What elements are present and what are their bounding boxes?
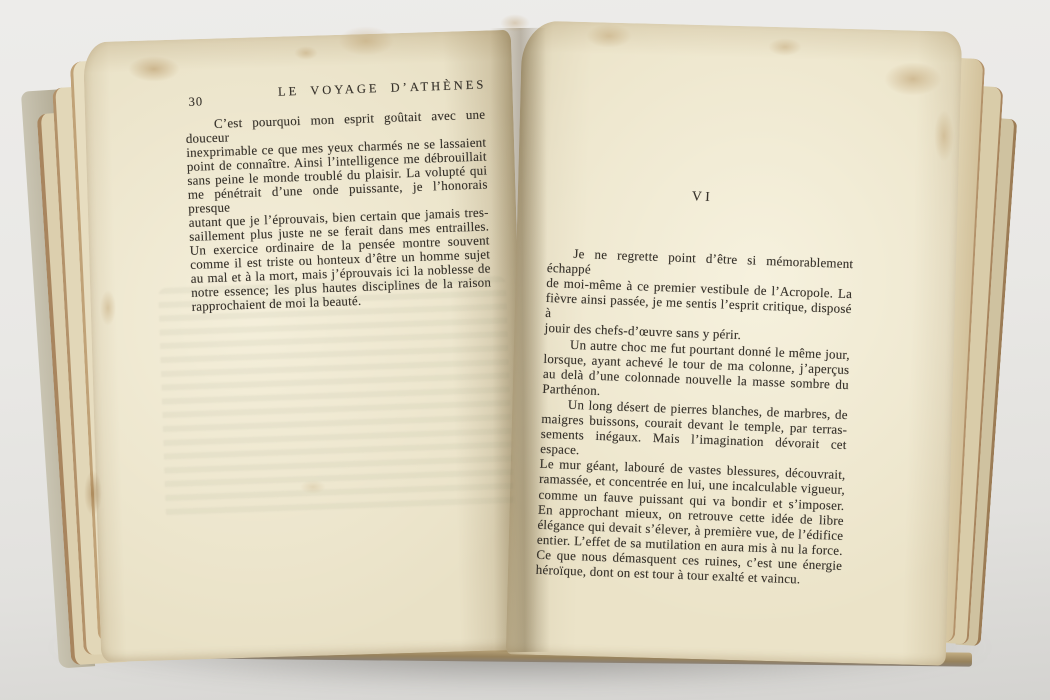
foxing-stain <box>338 26 394 56</box>
foxing-stain <box>300 480 326 494</box>
foxing-stain <box>586 24 632 48</box>
right-page-text-block: VI Je ne regrette point d’être si mémora… <box>536 183 856 588</box>
right-page-paragraph-1: Je ne regrette point d’être si mémorable… <box>544 245 853 347</box>
left-page-text-block: 30 LE VOYAGE D’ATHÈNES C’est pourquoi mo… <box>184 76 492 314</box>
foxing-stain <box>100 290 116 326</box>
right-page-paragraph-3: Un long désert de pierres blanches, de m… <box>536 396 848 588</box>
foxing-stain <box>84 470 102 516</box>
page-number: 30 <box>188 94 203 109</box>
foxing-stain <box>128 56 180 82</box>
foxing-stain <box>500 14 530 32</box>
right-page-paragraph-2: Un autre choc me fut pourtant donné le m… <box>542 335 850 407</box>
foxing-stain <box>934 110 954 162</box>
left-page-paragraph: C’est pourquoi mon esprit goûtait avec u… <box>185 108 492 314</box>
photo-background: 30 LE VOYAGE D’ATHÈNES C’est pourquoi mo… <box>0 0 1050 700</box>
foxing-stain <box>884 62 942 96</box>
foxing-stain <box>294 46 318 60</box>
foxing-stain <box>768 38 802 56</box>
